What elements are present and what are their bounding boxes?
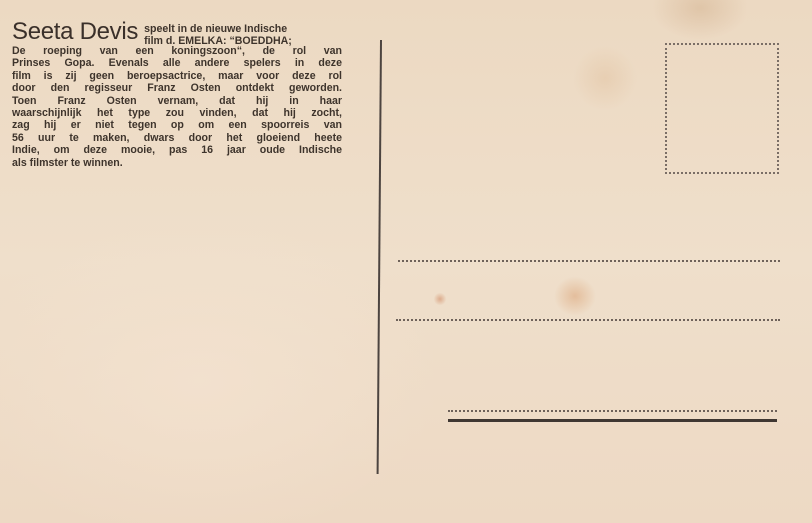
- address-line-2: [396, 319, 780, 321]
- address-line-4-solid: [448, 419, 777, 422]
- body-line: Indie, om deze mooie, pas 16 jaar oude I…: [12, 144, 342, 156]
- body-line: film is zij geen beroepsactrice, maar vo…: [12, 70, 342, 82]
- actress-name: Seeta Devis: [12, 20, 138, 44]
- body-line: Prinses Gopa. Evenals alle andere speler…: [12, 57, 342, 69]
- caption-text-block: Seeta Devis speelt in de nieuwe Indische…: [12, 20, 342, 169]
- body-line: 56 uur te maken, dwars door het gloeiend…: [12, 132, 342, 144]
- body-line: door den regisseur Franz Osten ontdekt g…: [12, 82, 342, 94]
- body-line: waarschijnlijk het type zou vinden, dat …: [12, 107, 342, 119]
- body-line: zag hij er niet tegen op om een spoorrei…: [12, 119, 342, 131]
- body-line: als filmster te winnen.: [12, 157, 342, 169]
- stamp-box: [665, 43, 779, 174]
- center-divider-line: [377, 40, 382, 474]
- body-line: De roeping van een koningszoon“, de rol …: [12, 45, 342, 57]
- caption-intro: speelt in de nieuwe Indische film d. EME…: [144, 23, 292, 47]
- caption-body: De roeping van een koningszoon“, de rol …: [12, 45, 342, 169]
- intro-line: speelt in de nieuwe Indische: [144, 23, 292, 35]
- body-line: Toen Franz Osten vernam, dat hij in haar: [12, 95, 342, 107]
- address-line-3: [448, 410, 777, 412]
- address-line-1: [398, 260, 780, 262]
